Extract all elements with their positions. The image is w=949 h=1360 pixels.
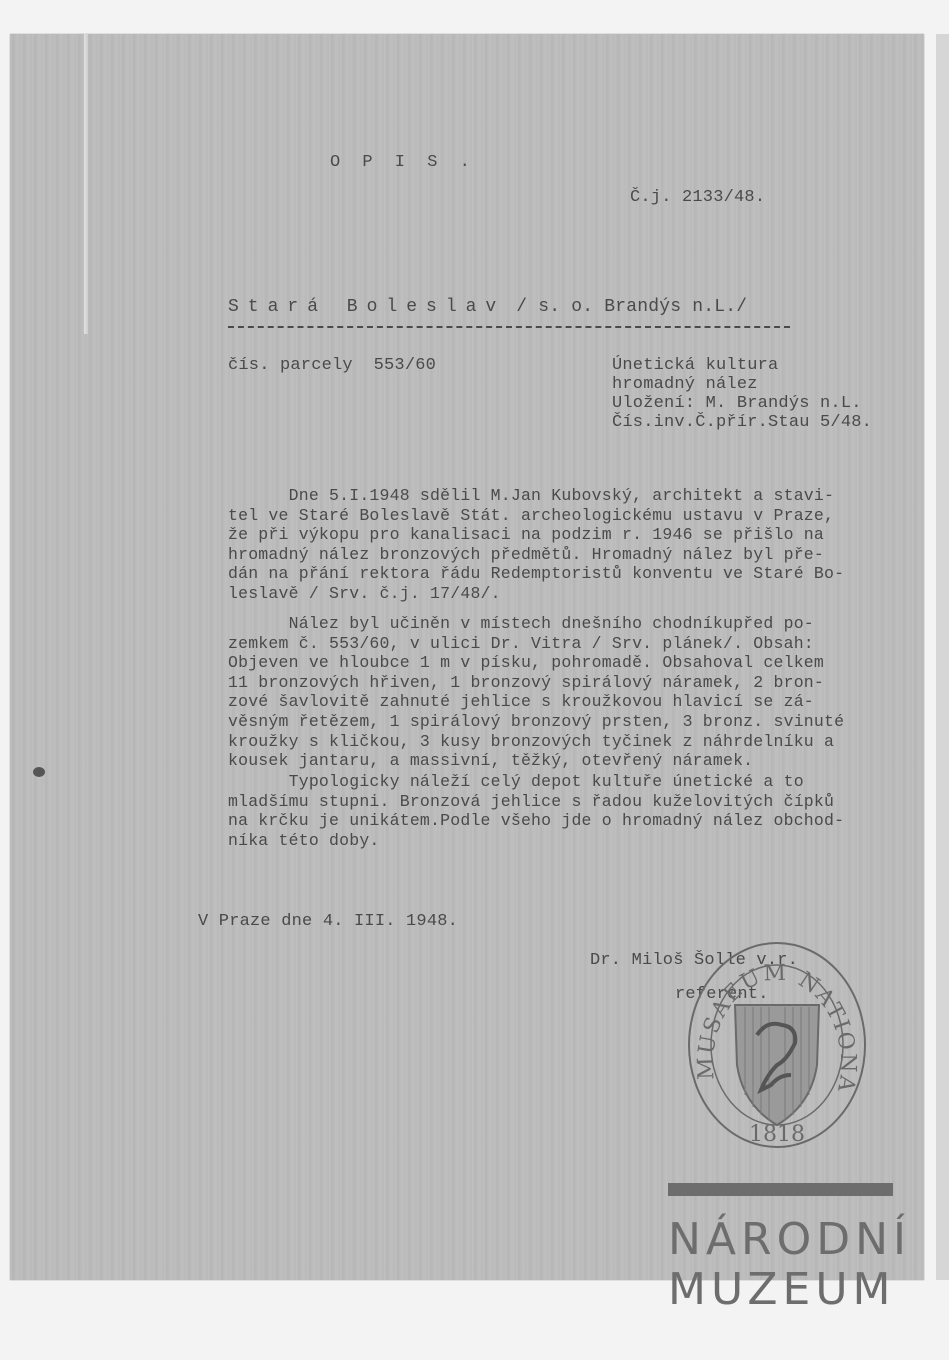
museum-stamp-icon: MUSAEUM NATIONALE 1818	[687, 935, 867, 1150]
logo-text-narodni: NÁRODNÍ	[668, 1216, 896, 1264]
find-metadata: Únetická kulturahromadný nálezUložení: M…	[612, 356, 872, 432]
logo-bar	[668, 1183, 893, 1196]
heading-district: / s. o. Brandýs n.L./	[505, 297, 747, 317]
paragraph-contents: Nález byl učiněn v místech dnešního chod…	[228, 614, 844, 771]
heading-underline	[228, 326, 790, 328]
meta-culture: Únetická kultura	[612, 356, 872, 375]
heading-place: Stará Boleslav	[228, 297, 505, 317]
logo-text-muzeum: MUZEUM	[668, 1266, 896, 1314]
svg-text:1818: 1818	[749, 1122, 805, 1147]
document-heading: Stará Boleslav / s. o. Brandýs n.L./	[228, 298, 747, 317]
document-title: O P I S .	[330, 153, 476, 172]
meta-storage: Uložení: M. Brandýs n.L.	[612, 394, 872, 413]
meta-type: hromadný nález	[612, 375, 872, 394]
parcel-number: čís. parcely 553/60	[228, 356, 436, 375]
paragraph-report: Dne 5.I.1948 sdělil M.Jan Kubovský, arch…	[228, 486, 844, 604]
ink-spot	[33, 767, 45, 777]
paper-edge	[936, 34, 949, 1280]
paragraph-typology: Typologicky náleží celý depot kultuře ún…	[228, 772, 844, 850]
place-date: V Praze dne 4. III. 1948.	[198, 912, 458, 931]
meta-inventory: Čís.inv.Č.přír.Stau 5/48.	[612, 413, 872, 432]
paper-fold-mark	[84, 34, 88, 334]
reference-number: Č.j. 2133/48.	[630, 188, 765, 207]
